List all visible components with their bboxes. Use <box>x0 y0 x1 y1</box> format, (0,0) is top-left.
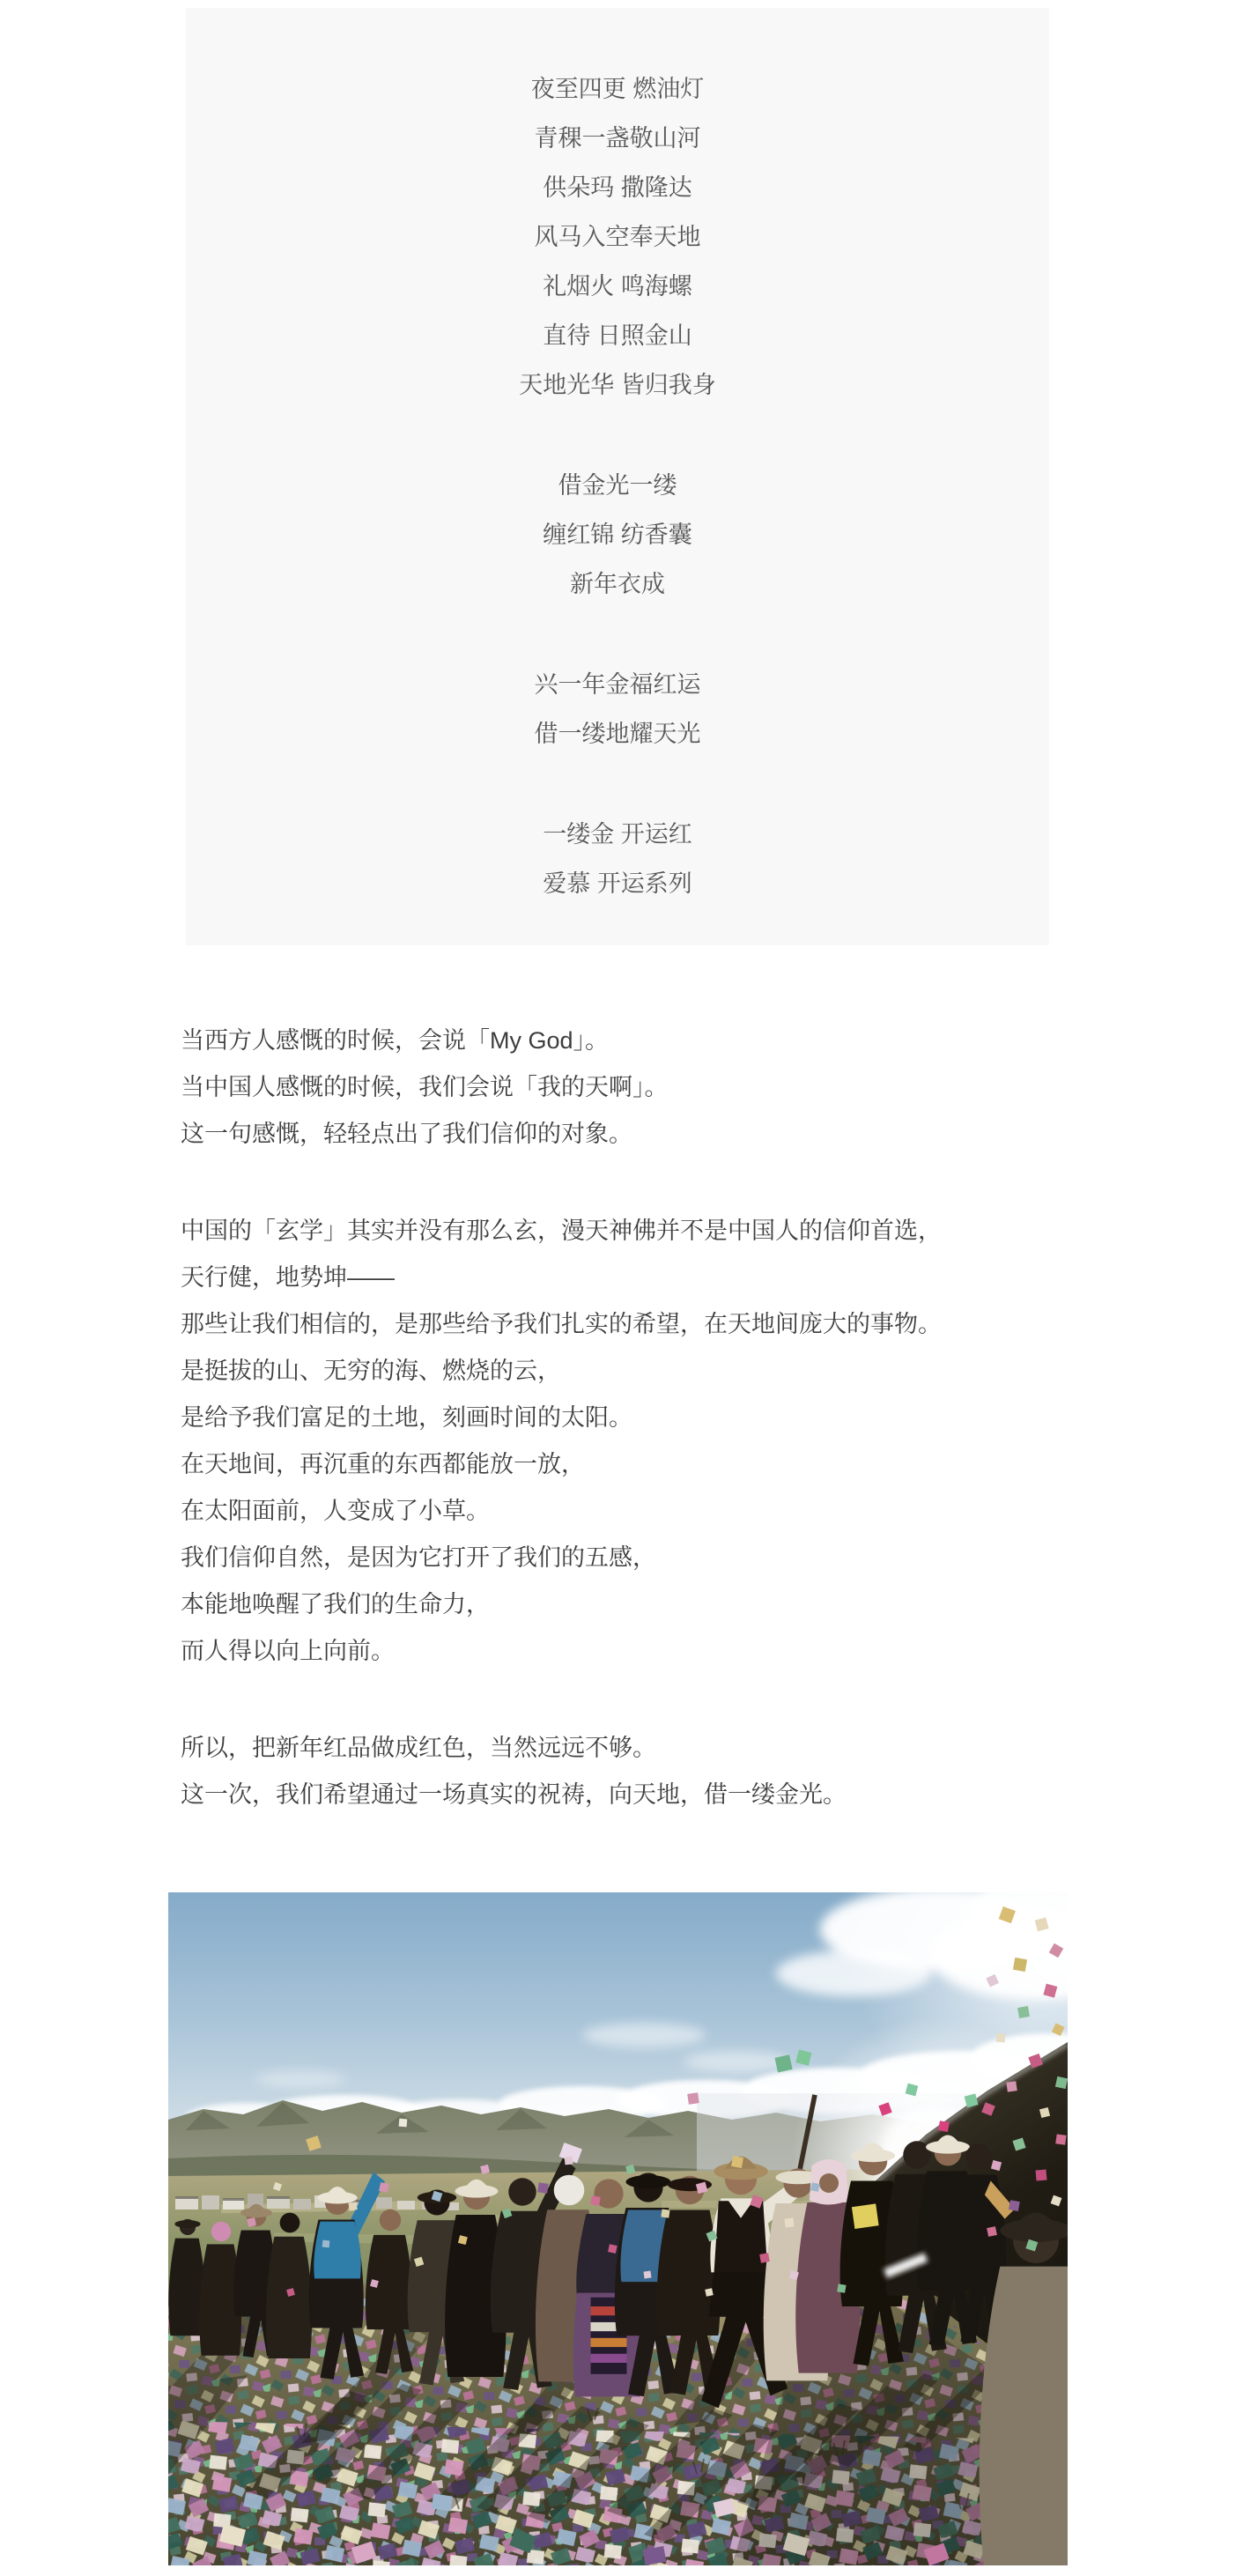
article-line: 天行健，地势坤—— <box>181 1255 1185 1301</box>
article-line: 这一句感慨，轻轻点出了我们信仰的对象。 <box>181 1111 1185 1158</box>
article-line: 在天地间，再沉重的东西都能放一放， <box>181 1441 1185 1488</box>
ceremony-photo <box>168 1892 1068 2565</box>
poem-stanza-4: 一缕金 开运红 爱慕 开运系列 <box>186 810 1049 908</box>
poem-line: 天地光华 皆归我身 <box>186 360 1049 410</box>
article-line: 当中国人感慨的时候，我们会说「我的天啊」。 <box>181 1064 1185 1111</box>
article-line: 这一次，我们希望通过一场真实的祝祷，向天地，借一缕金光。 <box>181 1772 1185 1818</box>
poem-line: 青稞一盏敬山河 <box>186 114 1049 163</box>
article-line: 是挺拔的山、无穷的海、燃烧的云， <box>181 1348 1185 1395</box>
article-line: 而人得以向上向前。 <box>181 1628 1185 1675</box>
poem-line: 新年衣成 <box>186 559 1049 609</box>
poem-stanza-3: 兴一年金福红运 借一缕地耀天光 <box>186 660 1049 759</box>
poem-line: 借金光一缕 <box>186 461 1049 510</box>
poem-line: 夜至四更 燃油灯 <box>186 64 1049 114</box>
article-line: 我们信仰自然，是因为它打开了我们的五感， <box>181 1535 1185 1581</box>
article-paragraph-3: 所以，把新年红品做成红色，当然远远不够。 这一次，我们希望通过一场真实的祝祷，向… <box>181 1725 1185 1818</box>
poem-line: 礼烟火 鸣海螺 <box>186 262 1049 311</box>
article-paragraph-1: 当西方人感慨的时候，会说「My God」。 当中国人感慨的时候，我们会说「我的天… <box>181 1018 1185 1158</box>
article-line: 在太阳面前，人变成了小草。 <box>181 1488 1185 1535</box>
poem-line: 兴一年金福红运 <box>186 660 1049 709</box>
article-line: 所以，把新年红品做成红色，当然远远不够。 <box>181 1725 1185 1772</box>
poem-line: 借一缕地耀天光 <box>186 709 1049 759</box>
article-body: 当西方人感慨的时候，会说「My God」。 当中国人感慨的时候，我们会说「我的天… <box>181 1018 1185 1818</box>
poem-line: 爱慕 开运系列 <box>186 859 1049 908</box>
poem-card: 夜至四更 燃油灯 青稞一盏敬山河 供朵玛 撒隆达 风马入空奉天地 礼烟火 鸣海螺… <box>186 8 1049 945</box>
poem-stanza-2: 借金光一缕 缠红锦 纺香囊 新年衣成 <box>186 461 1049 609</box>
poem-line: 缠红锦 纺香囊 <box>186 510 1049 559</box>
poem-stanza-1: 夜至四更 燃油灯 青稞一盏敬山河 供朵玛 撒隆达 风马入空奉天地 礼烟火 鸣海螺… <box>186 64 1049 410</box>
poem-line: 风马入空奉天地 <box>186 212 1049 262</box>
article-line: 当西方人感慨的时候，会说「My God」。 <box>181 1018 1185 1064</box>
article-line: 是给予我们富足的土地，刻画时间的太阳。 <box>181 1395 1185 1441</box>
poem-line: 一缕金 开运红 <box>186 810 1049 859</box>
poem-line: 供朵玛 撒隆达 <box>186 163 1049 212</box>
article-paragraph-2: 中国的「玄学」其实并没有那么玄，漫天神佛并不是中国人的信仰首选， 天行健，地势坤… <box>181 1208 1185 1675</box>
article-page: 夜至四更 燃油灯 青稞一盏敬山河 供朵玛 撒隆达 风马入空奉天地 礼烟火 鸣海螺… <box>0 0 1235 2576</box>
poem-line: 直待 日照金山 <box>186 311 1049 360</box>
article-line: 本能地唤醒了我们的生命力， <box>181 1581 1185 1628</box>
article-line: 那些让我们相信的，是那些给予我们扎实的希望，在天地间庞大的事物。 <box>181 1301 1185 1348</box>
ceremony-photo-illustration <box>168 1892 1068 2565</box>
article-line: 中国的「玄学」其实并没有那么玄，漫天神佛并不是中国人的信仰首选， <box>181 1208 1185 1255</box>
